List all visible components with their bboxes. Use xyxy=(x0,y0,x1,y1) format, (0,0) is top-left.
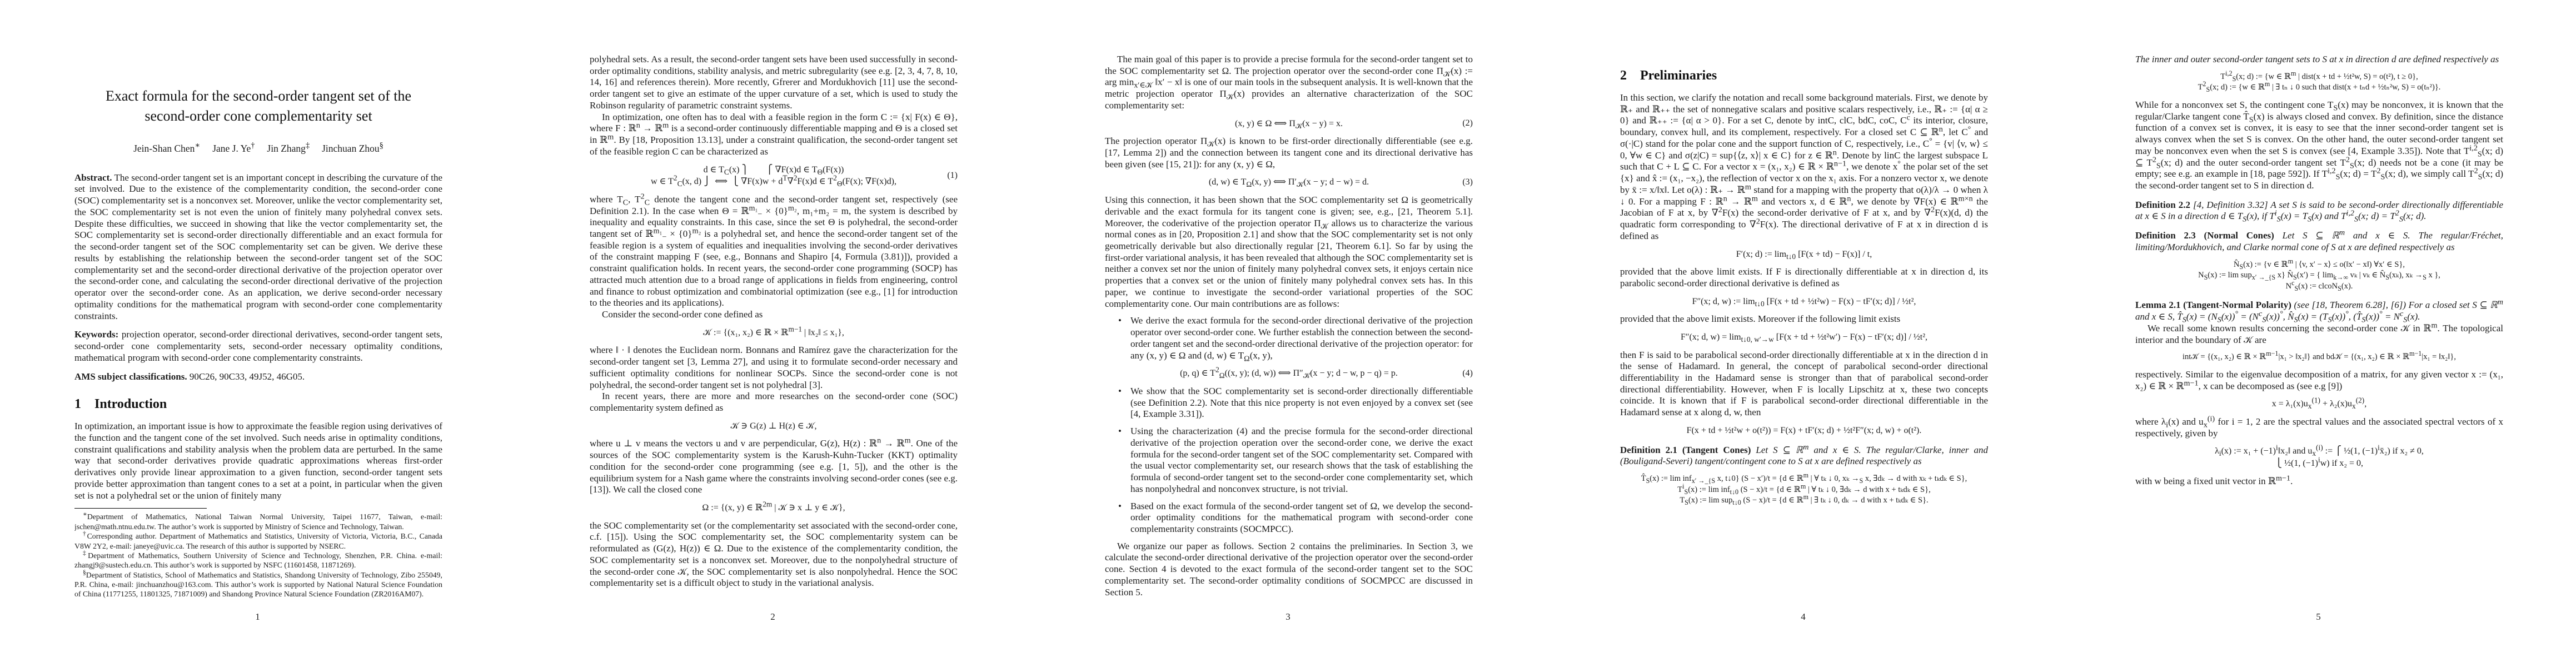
paragraph: While for a nonconvex set S, the conting… xyxy=(2135,99,2503,192)
bold-lead: AMS subject classifications. xyxy=(74,371,187,382)
abstract-paragraph: Abstract. The second-order tangent set i… xyxy=(74,172,442,322)
paragraph: The projection operator Π𝒦(x) is known t… xyxy=(1105,136,1473,170)
ams-classifications: AMS subject classifications. 90C26, 90C3… xyxy=(74,371,442,383)
equation-number: (4) xyxy=(1462,367,1473,380)
paragraph: We recall some known results concerning … xyxy=(2135,323,2503,346)
paragraph: with w being a fixed unit vector in ℝm−1… xyxy=(2135,476,2503,487)
footnote-1: ∗Department of Mathematics, National Tai… xyxy=(74,512,442,531)
equation-4: (p, q) ∈ T2Ω((x, y); (d, w)) ⟺ Π″𝒦(x − y… xyxy=(1105,367,1473,380)
display-equation: λi(x) := x₁ + (−1)i‖x₂‖ and ux(i) := ⎧ ½… xyxy=(2135,445,2503,469)
page-2: polyhedral sets. As a result, the second… xyxy=(515,0,1030,667)
bullet-item: Based on the exact formula of the second… xyxy=(1105,501,1473,535)
page-number: 4 xyxy=(1546,611,2061,623)
paragraph: where ‖ · ‖ denotes the Euclidean norm. … xyxy=(590,345,958,391)
paragraph: then F is said to be parabolical second-… xyxy=(1620,350,1988,419)
display-equation: F″(x; d, w) := limt↓0 [F(x + td + ½t²w) … xyxy=(1620,296,1988,308)
paragraph: provided that the above limit exists. Mo… xyxy=(1620,313,1988,325)
paragraph: The main goal of this paper is to provid… xyxy=(1105,54,1473,112)
equation-3: (d, w) ∈ TΩ(x, y) ⟺ Π′𝒦(x − y; d − w) = … xyxy=(1105,176,1473,188)
keywords-paragraph: Keywords: projection operator, second-or… xyxy=(74,329,442,364)
equation-number: (2) xyxy=(1462,118,1473,130)
footnote-2: †Corresponding author. Department of Mat… xyxy=(74,531,442,551)
display-equation: F′(x; d) := limt↓0 [F(x + td) − F(x)] / … xyxy=(1620,248,1988,261)
display-equation: F″(x; d, w) = limt↓0, w′→w [F(x + td + ½… xyxy=(1620,331,1988,344)
authors-line: Jein-Shan Chen∗ Jane J. Ye† Jin Zhang‡ J… xyxy=(74,143,442,155)
footnote-3: ‡Department of Mathematics, Southern Uni… xyxy=(74,551,442,570)
equation-2: (x, y) ∈ Ω ⟺ Π𝒦(x − y) = x.(2) xyxy=(1105,118,1473,130)
footnote-4: §Department of Statistics, School of Mat… xyxy=(74,570,442,599)
equation-number: (1) xyxy=(947,170,958,182)
page-4-content: 2 PreliminariesIn this section, we clari… xyxy=(1620,54,1988,607)
bold-lead: Definition 2.3 (Normal Cones) xyxy=(2135,230,2274,241)
definition-2-1: Definition 2.1 (Tangent Cones) Let S ⊆ ℝ… xyxy=(1620,445,1988,467)
paragraph: polyhedral sets. As a result, the second… xyxy=(590,54,958,112)
display-equation: F(x + td + ½t²w + o(t²)) = F(x) + tF′(x;… xyxy=(1620,425,1988,437)
display-equation: x = λ₁(x)ux(1) + λ₂(x)ux(2), xyxy=(2135,398,2503,410)
display-equation: int𝒦 = {(x₁, x₂) ∈ ℝ × ℝm−1|x₁ > ‖x₂‖} a… xyxy=(2135,352,2503,363)
lemma-2-1: Lemma 2.1 (Tangent-Normal Polarity) (see… xyxy=(2135,300,2503,322)
paragraph: where u ⊥ v means the vectors u and v ar… xyxy=(590,438,958,496)
display-equation: Ω := {(x, y) ∈ ℝ2m | 𝒦 ∋ x ⊥ y ∈ 𝒦}, xyxy=(590,502,958,514)
paragraph: where TC, T2C denote the tangent cone an… xyxy=(590,194,958,309)
equation-number: (3) xyxy=(1462,176,1473,188)
page-5-content: The inner and outer second-order tangent… xyxy=(2135,54,2503,607)
paragraph: the SOC complementarity set (or the comp… xyxy=(590,520,958,589)
bold-lead: Abstract. xyxy=(74,172,112,183)
display-equation: Ti,2S(x; d) := {w ∈ ℝm | dist(x + td + ½… xyxy=(2135,72,2503,93)
document-canvas: arXiv:1906.09976v1 [math.OC] 24 Jun 2019… xyxy=(0,0,2576,667)
intro-paragraph: In optimization, an important issue is h… xyxy=(74,421,442,501)
bold-lead: Keywords: xyxy=(74,329,118,340)
page-number: 2 xyxy=(515,611,1030,623)
bullet-item: We show that the SOC complementarity set… xyxy=(1105,386,1473,420)
display-equation: 𝒦 ∋ G(z) ⊥ H(z) ∈ 𝒦, xyxy=(590,420,958,432)
definition-2-3: Definition 2.3 (Normal Cones) Let S ⊆ ℝm… xyxy=(2135,230,2503,253)
paragraph: provided that the above limit exists. If… xyxy=(1620,266,1988,289)
paragraph: respectively. Similar to the eigenvalue … xyxy=(2135,369,2503,392)
display-equation: N̂S(x) := {v ∈ ℝm | ⟨v, x′ − x⟩ ≤ o(‖x′ … xyxy=(2135,260,2503,292)
page-3-content: The main goal of this paper is to provid… xyxy=(1105,54,1473,607)
page-number: 3 xyxy=(1030,611,1546,623)
page-2-content: polyhedral sets. As a result, the second… xyxy=(590,54,958,607)
bullet-item: We derive the exact formula for the seco… xyxy=(1105,315,1473,361)
paragraph: Using this connection, it has been shown… xyxy=(1105,195,1473,310)
page-4: 2 PreliminariesIn this section, we clari… xyxy=(1546,0,2061,667)
display-equation: T̂S(x) := lim infx′ →_{S x, t↓0} (S − x′… xyxy=(1620,474,1988,506)
page-1-content: Exact formula for the second-order tange… xyxy=(74,54,442,607)
paragraph: In optimization, one often has to deal w… xyxy=(590,112,958,158)
page-1: Exact formula for the second-order tange… xyxy=(0,0,515,667)
page-5: The inner and outer second-order tangent… xyxy=(2061,0,2576,667)
definition-2-2: Definition 2.2 [4, Definition 3.32] A se… xyxy=(2135,200,2503,222)
section-heading-introduction: 1 Introduction xyxy=(74,397,442,412)
paper-title: Exact formula for the second-order tange… xyxy=(74,86,442,126)
bullet-item: Using the characterization (4) and the p… xyxy=(1105,426,1473,495)
equation-1: d ∈ TC(x) ⎫ ⎧ ∇F(x)d ∈ TΘ(F(x)) w ∈ T2C(… xyxy=(590,164,958,188)
section-heading-preliminaries: 2 Preliminaries xyxy=(1620,68,1988,83)
bold-lead: Definition 2.1 (Tangent Cones) xyxy=(1620,445,1751,455)
bold-lead: Lemma 2.1 (Tangent-Normal Polarity) xyxy=(2135,300,2291,310)
paragraph: In recent years, there are more and more… xyxy=(590,391,958,414)
paragraph: In this section, we clarify the notation… xyxy=(1620,92,1988,242)
paragraph: Consider the second-order cone defined a… xyxy=(590,309,958,321)
bold-lead: Definition 2.2 xyxy=(2135,200,2190,210)
paragraph-italic: The inner and outer second-order tangent… xyxy=(2135,54,2503,66)
page-3: The main goal of this paper is to provid… xyxy=(1030,0,1546,667)
display-equation: 𝒦 := {(x₁, x₂) ∈ ℝ × ℝm−1 | ‖x₂‖ ≤ x₁}, xyxy=(590,327,958,339)
page-number: 5 xyxy=(2061,611,2576,623)
paragraph: We organize our paper as follows. Sectio… xyxy=(1105,541,1473,599)
paragraph: where λi(x) and ux(i) for i = 1, 2 are t… xyxy=(2135,416,2503,439)
footnote-rule xyxy=(74,508,207,509)
page-number: 1 xyxy=(0,611,515,623)
